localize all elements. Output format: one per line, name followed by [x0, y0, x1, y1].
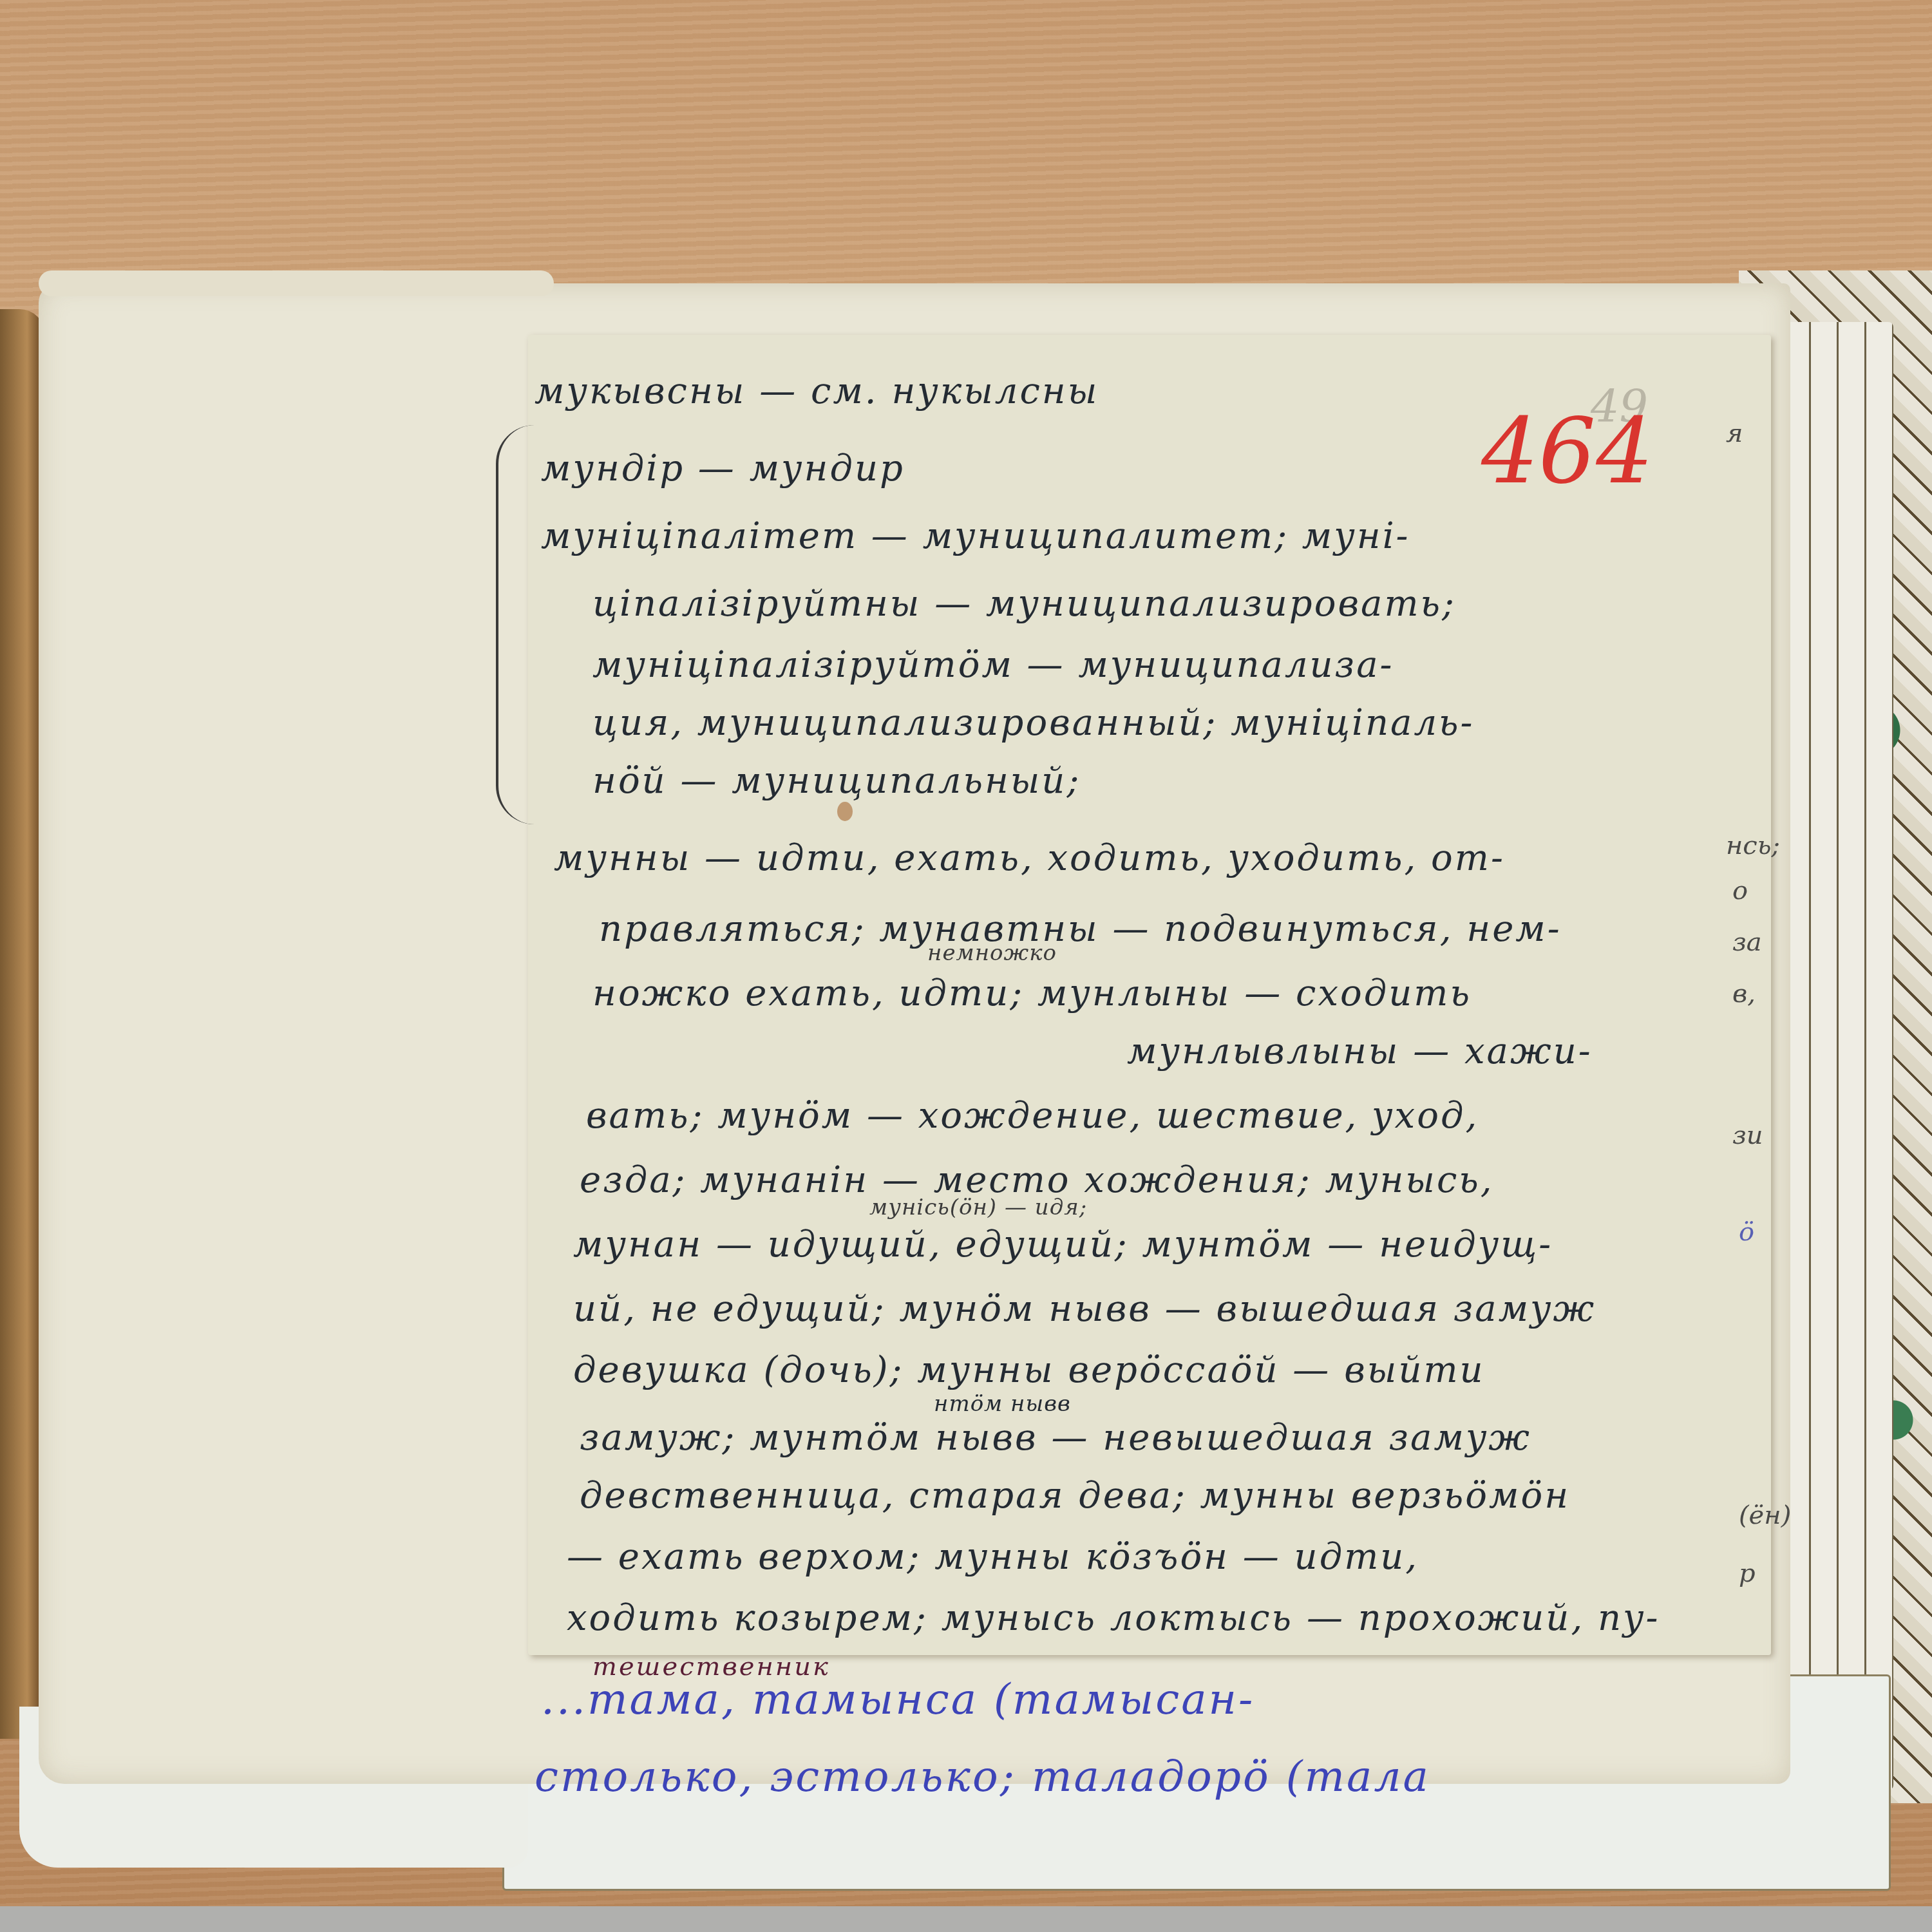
margin-fragment: в,	[1732, 979, 1756, 1009]
interlinear-note-3: нтöм нывв	[934, 1391, 1071, 1417]
margin-fragment: р	[1739, 1558, 1756, 1588]
entry-line-4: ціпалізіруйтны — муниципализировать;	[592, 583, 1456, 625]
entry-line-19: — ехать верхом; мунны кöзъöн — идти,	[567, 1536, 1419, 1578]
entry-line-9: правляться; мунавтны — подвинуться, нем-	[599, 908, 1562, 950]
entry-line-15: ий, не едущий; мунöм нывв — вышедшая зам…	[573, 1288, 1596, 1330]
bottom-edge-strip	[0, 1906, 1932, 1932]
margin-fragment: о	[1732, 876, 1748, 905]
entry-line-8: мунны — идти, ехать, ходить, уходить, от…	[554, 837, 1505, 879]
margin-fragment: я	[1726, 419, 1743, 448]
pencil-bracket	[496, 425, 537, 824]
entry-line-3: муніціпалітет — муниципалитет; муні-	[541, 515, 1410, 557]
margin-fragment: нсь;	[1726, 831, 1780, 860]
entry-line-12: вать; мунöм — хождение, шествие, уход,	[586, 1095, 1479, 1137]
margin-fragment: ö	[1739, 1217, 1754, 1247]
page-number: 464	[1481, 399, 1653, 504]
underlying-page-line-2: столько, эстолько; таладорö (тала	[535, 1752, 1430, 1801]
paper-stain	[837, 802, 853, 821]
torn-edge	[39, 270, 554, 296]
entry-line-20: ходить козырем; мунысь локтысь — прохожи…	[567, 1597, 1660, 1639]
interlinear-note-2: мунісь(öн) — идя;	[869, 1195, 1087, 1220]
entry-line-5: муніціпалізіруйтöм — муниципализа-	[592, 644, 1394, 686]
margin-fragment: (ён)	[1739, 1501, 1791, 1530]
entry-line-6: ция, муниципализированный; муніціпаль-	[592, 702, 1475, 744]
entry-line-10: ножко ехать, идти; мунлыны — сходить	[592, 972, 1472, 1014]
entry-line-1: мукывсны — см. нукылсны	[535, 370, 1099, 412]
entry-line-2: мундір — мундир	[541, 448, 905, 489]
margin-fragment: за	[1732, 927, 1762, 957]
entry-line-7: нöй — муниципальный;	[592, 760, 1081, 802]
interlinear-note-1: немножко	[927, 940, 1057, 966]
entry-line-11: мунлывлыны — хажи-	[1127, 1030, 1593, 1072]
bottom-insert-note: тешественник	[592, 1652, 830, 1681]
underlying-page-line-1: ...тама, тамынса (тамысан-	[541, 1674, 1255, 1724]
entry-line-18: девственница, старая дева; мунны верзьöм…	[580, 1475, 1570, 1517]
entry-line-17: замуж; мунтöм нывв — невышедшая замуж	[580, 1417, 1531, 1459]
margin-fragment: зи	[1732, 1121, 1763, 1150]
entry-line-14: мунан — идущий, едущий; мунтöм — неидущ-	[573, 1224, 1553, 1265]
entry-line-16: девушка (дочь); мунны верöссаöй — выйти	[573, 1349, 1485, 1391]
